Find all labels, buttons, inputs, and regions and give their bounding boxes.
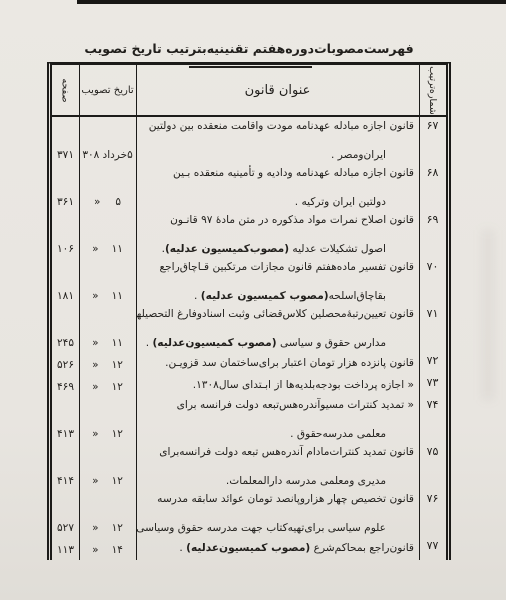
page-number-cell: ۴۱۳ <box>52 396 79 443</box>
table-row: ۷۳« اجازه پرداخت بودجه‌بلدیه‌ها از ابـتد… <box>52 374 446 396</box>
law-title-bold-segment: (مصوب کمیسیون‌عدلیه) <box>186 542 310 554</box>
law-title-line: معلمی مدرسه‌حقوق . <box>138 427 414 441</box>
law-title-text-segment: قانون تعیین‌رتبهٔ‌محصلین کلاس‌قضائی وثبت… <box>136 308 414 320</box>
table-row: ۶۸قانون اجازه مبادله عهدنامه ودادیه و تأ… <box>52 164 446 211</box>
law-title-cell: قانون اصلاح نمرات مواد مذکوره در متن ماد… <box>136 211 419 258</box>
law-title-line: مدارس حقوق و سیاسی (مصوب کمیسیون‌عدلیه) … <box>138 336 414 350</box>
header-sequence-number: شماره‌ترتیب <box>419 65 446 115</box>
date-day: ۱۲ <box>112 475 123 487</box>
row-sequence-number: ۶۹ <box>419 211 446 258</box>
date-month-ditto: « <box>92 243 98 255</box>
approval-date-cell: ۱۲« <box>79 396 136 443</box>
law-title-text-segment: « اجازه پرداخت بودجه‌بلدیه‌ها از ابـتدای… <box>193 379 414 391</box>
paper-smudge <box>482 230 494 400</box>
law-title-cell: قانون اجازه مبادله عهدنامه مودت واقامت م… <box>136 117 419 164</box>
table-row: ۷۱قانون تعیین‌رتبهٔ‌محصلین کلاس‌قضائی وث… <box>52 305 446 352</box>
date-day: ۱۱ <box>112 290 123 302</box>
date-day: ۱۲ <box>112 359 123 371</box>
date-month-ditto: « <box>92 522 98 534</box>
page-number-cell: ۱۰۶ <box>52 211 79 258</box>
table-row: ۷۰قانون تفسیر ماده‌هفتم قانون مجازات مرت… <box>52 258 446 305</box>
approval-date-cell: ۱۴« <box>79 537 136 559</box>
date-day: ۵خرداد <box>103 149 133 161</box>
law-title-text-segment: علوم سیاسی برای‌تهیه‌کتاب جهت مدرسه حقوق… <box>136 522 386 534</box>
table-row: ۶۹قانون اصلاح نمرات مواد مذکوره در متن م… <box>52 211 446 258</box>
page-number-cell: ۳۶۱ <box>52 164 79 211</box>
row-sequence-number: ۷۵ <box>419 443 446 490</box>
row-sequence-number: ۷۳ <box>419 374 446 396</box>
date-day: ۱۴ <box>112 544 123 556</box>
page-number-cell: ۵۲۷ <box>52 490 79 537</box>
law-title-line: قانون تمدید کنترات‌مادام آندره‌هس تبعه د… <box>138 445 414 459</box>
date-month-ditto: « <box>92 290 98 302</box>
row-sequence-number: ۷۶ <box>419 490 446 537</box>
header-approval-date: تاریخ تصویب <box>79 65 136 115</box>
row-sequence-number: ۷۰ <box>419 258 446 305</box>
law-title-cell: « اجازه پرداخت بودجه‌بلدیه‌ها از ابـتدای… <box>136 374 419 396</box>
date-day: ۱۲ <box>112 428 123 440</box>
date-day: ۱۲ <box>112 522 123 534</box>
row-sequence-number: ۶۸ <box>419 164 446 211</box>
approval-date-cell: ۱۱« <box>79 211 136 258</box>
laws-table: شماره‌ترتیب عنوان قانون تاریخ تصویب صفحه… <box>47 62 451 560</box>
scan-edge-bar <box>77 0 506 4</box>
page-number-cell: ۵۲۶ <box>52 352 79 374</box>
date-day: ۱۲ <box>112 381 123 393</box>
header-approval-date-label: تاریخ تصویب <box>81 85 133 96</box>
law-title-text-segment: بقاچاق‌اسلحه <box>329 290 386 302</box>
law-title-text-segment: مدارس حقوق و سیاسی <box>277 337 386 349</box>
date-day: ۵ <box>115 196 121 208</box>
law-title-bold-segment: (مصوب کمیسیون‌عدلیه) <box>152 337 276 349</box>
law-title-cell: « تمدید کنترات مسیوآندره‌هس‌تبعه دولت فر… <box>136 396 419 443</box>
law-title-cell: قانون تمدید کنترات‌مادام آندره‌هس تبعه د… <box>136 443 419 490</box>
date-day: ۱۱ <box>112 243 123 255</box>
table-body: ۶۷قانون اجازه مبادله عهدنامه مودت واقامت… <box>52 117 446 560</box>
law-title-text-segment: قانون اجازه مبادله عهدنامه ودادیه و تأمی… <box>173 167 414 179</box>
approval-date-cell: ۱۲« <box>79 490 136 537</box>
row-sequence-number: ۷۱ <box>419 305 446 352</box>
header-law-title: عنوان قانون <box>136 65 419 115</box>
law-title-text-segment: قانون تفسیر ماده‌هفتم قانون مجازات مرتکب… <box>159 261 414 273</box>
row-sequence-number: ۶۷ <box>419 117 446 164</box>
table-header: شماره‌ترتیب عنوان قانون تاریخ تصویب صفحه <box>52 65 446 117</box>
law-title-line: قانون پانزده هزار تومان اعتبار برای‌ساخت… <box>138 356 414 370</box>
law-title-line: علوم سیاسی برای‌تهیه‌کتاب جهت مدرسه حقوق… <box>138 521 414 535</box>
law-title-text-segment: معلمی مدرسه‌حقوق . <box>290 428 386 440</box>
approval-date-cell: ۱۱« <box>79 305 136 352</box>
law-title-text-segment: قانون اصلاح نمرات مواد مذکوره در متن ماد… <box>170 214 414 226</box>
row-sequence-number: ۷۲ <box>419 352 446 374</box>
header-sequence-number-label: شماره‌ترتیب <box>427 66 438 115</box>
date-month-ditto: « <box>92 428 98 440</box>
date-month-ditto: « <box>92 544 98 556</box>
approval-date-cell: ۵« <box>79 164 136 211</box>
table-row: ۷۵قانون تمدید کنترات‌مادام آندره‌هس تبعه… <box>52 443 446 490</box>
table-row: ۷۴« تمدید کنترات مسیوآندره‌هس‌تبعه دولت … <box>52 396 446 443</box>
law-title-line: بقاچاق‌اسلحه(مصوب کمیسیون عدلیه) . <box>138 289 414 303</box>
law-title-text-segment: قانون اجازه مبادله عهدنامه مودت واقامت م… <box>149 120 414 132</box>
date-day: ۱۱ <box>112 337 123 349</box>
date-month-ditto: « <box>92 381 98 393</box>
row-sequence-number: ۷۷ <box>419 537 446 559</box>
law-title-line: قانون تعیین‌رتبهٔ‌محصلین کلاس‌قضائی وثبت… <box>138 307 414 321</box>
table-row: ۷۷قانون‌راجع بمحاکم‌شرع (مصوب کمیسیون‌عد… <box>52 537 446 559</box>
page-number-cell: ۱۱۳ <box>52 537 79 559</box>
law-title-text-segment: دولتین ایران وترکیه . <box>295 196 386 208</box>
law-title-bold-segment: (مصوب‌کمیسیون عدلیه) <box>165 243 289 255</box>
page-number-cell: ۱۸۱ <box>52 258 79 305</box>
header-page: صفحه <box>52 65 79 115</box>
page-number-cell: ۴۶۹ <box>52 374 79 396</box>
table-row: ۷۲قانون پانزده هزار تومان اعتبار برای‌سا… <box>52 352 446 374</box>
law-title-cell: قانون تعیین‌رتبهٔ‌محصلین کلاس‌قضائی وثبت… <box>136 305 419 352</box>
law-title-cell: قانون تخصیص چهار هزاروپانصد تومان عوائد … <box>136 490 419 537</box>
scanned-page: فهرست‌مصوبات‌دوره‌هفتم تقنینیه‌بترتیب تا… <box>0 0 506 600</box>
law-title-line: مدیری ومعلمی مدرسه دارالمعلمات. <box>138 474 414 488</box>
law-title-cell: قانون تفسیر ماده‌هفتم قانون مجازات مرتکب… <box>136 258 419 305</box>
row-sequence-number: ۷۴ <box>419 396 446 443</box>
table-row: ۶۷قانون اجازه مبادله عهدنامه مودت واقامت… <box>52 117 446 164</box>
date-month-ditto: « <box>94 196 100 208</box>
law-title-line: ایران‌ومصر . <box>138 148 414 162</box>
page-number-cell: ۴۱۴ <box>52 443 79 490</box>
law-title-text-segment: . <box>194 290 201 302</box>
date-month-ditto: « <box>92 475 98 487</box>
law-title-cell: قانون‌راجع بمحاکم‌شرع (مصوب کمیسیون‌عدلی… <box>136 537 419 559</box>
approval-date-cell: ۱۲« <box>79 443 136 490</box>
law-title-text-segment: قانون تخصیص چهار هزاروپانصد تومان عوائد … <box>157 493 414 505</box>
law-title-text-segment: اصول تشکیلات عدلیه <box>289 243 386 255</box>
law-title-line: قانون‌راجع بمحاکم‌شرع (مصوب کمیسیون‌عدلی… <box>138 541 414 555</box>
law-title-line: « تمدید کنترات مسیوآندره‌هس‌تبعه دولت فر… <box>138 398 414 412</box>
date-month-ditto: ۳۰۸ <box>82 149 99 161</box>
law-title-line: قانون تفسیر ماده‌هفتم قانون مجازات مرتکب… <box>138 260 414 274</box>
law-title-text-segment: « تمدید کنترات مسیوآندره‌هس‌تبعه دولت فر… <box>177 399 414 411</box>
law-title-text-segment: قانون پانزده هزار تومان اعتبار برای‌ساخت… <box>165 357 414 369</box>
law-title-line: قانون اجازه مبادله عهدنامه ودادیه و تأمی… <box>138 166 414 180</box>
approval-date-cell: ۱۲« <box>79 352 136 374</box>
law-title-cell: قانون اجازه مبادله عهدنامه ودادیه و تأمی… <box>136 164 419 211</box>
law-title-line: اصول تشکیلات عدلیه (مصوب‌کمیسیون عدلیه). <box>138 242 414 256</box>
law-title-line: قانون اجازه مبادله عهدنامه مودت واقامت م… <box>138 119 414 133</box>
page-number-cell: ۲۴۵ <box>52 305 79 352</box>
law-title-line: دولتین ایران وترکیه . <box>138 195 414 209</box>
header-page-label: صفحه <box>60 78 71 102</box>
law-title-line: قانون اصلاح نمرات مواد مذکوره در متن ماد… <box>138 213 414 227</box>
page-title: فهرست‌مصوبات‌دوره‌هفتم تقنینیه‌بترتیب تا… <box>47 41 451 56</box>
law-title-line: قانون تخصیص چهار هزاروپانصد تومان عوائد … <box>138 492 414 506</box>
page-number-cell: ۳۷۱ <box>52 117 79 164</box>
date-month-ditto: « <box>92 359 98 371</box>
law-title-line: « اجازه پرداخت بودجه‌بلدیه‌ها از ابـتدای… <box>138 378 414 392</box>
approval-date-cell: ۱۱« <box>79 258 136 305</box>
header-law-title-label: عنوان قانون <box>245 83 311 98</box>
law-title-cell: قانون پانزده هزار تومان اعتبار برای‌ساخت… <box>136 352 419 374</box>
law-title-text-segment: مدیری ومعلمی مدرسه دارالمعلمات. <box>226 475 386 487</box>
law-title-text-segment: قانون‌راجع بمحاکم‌شرع <box>310 542 414 554</box>
approval-date-cell: ۱۲« <box>79 374 136 396</box>
law-title-text-segment: قانون تمدید کنترات‌مادام آندره‌هس تبعه د… <box>159 446 414 458</box>
table-row: ۷۶قانون تخصیص چهار هزاروپانصد تومان عوائ… <box>52 490 446 537</box>
law-title-bold-segment: (مصوب کمیسیون عدلیه) <box>201 290 329 302</box>
date-month-ditto: « <box>92 337 98 349</box>
law-title-text-segment: ایران‌ومصر . <box>331 149 386 161</box>
approval-date-cell: ۵خرداد۳۰۸ <box>79 117 136 164</box>
